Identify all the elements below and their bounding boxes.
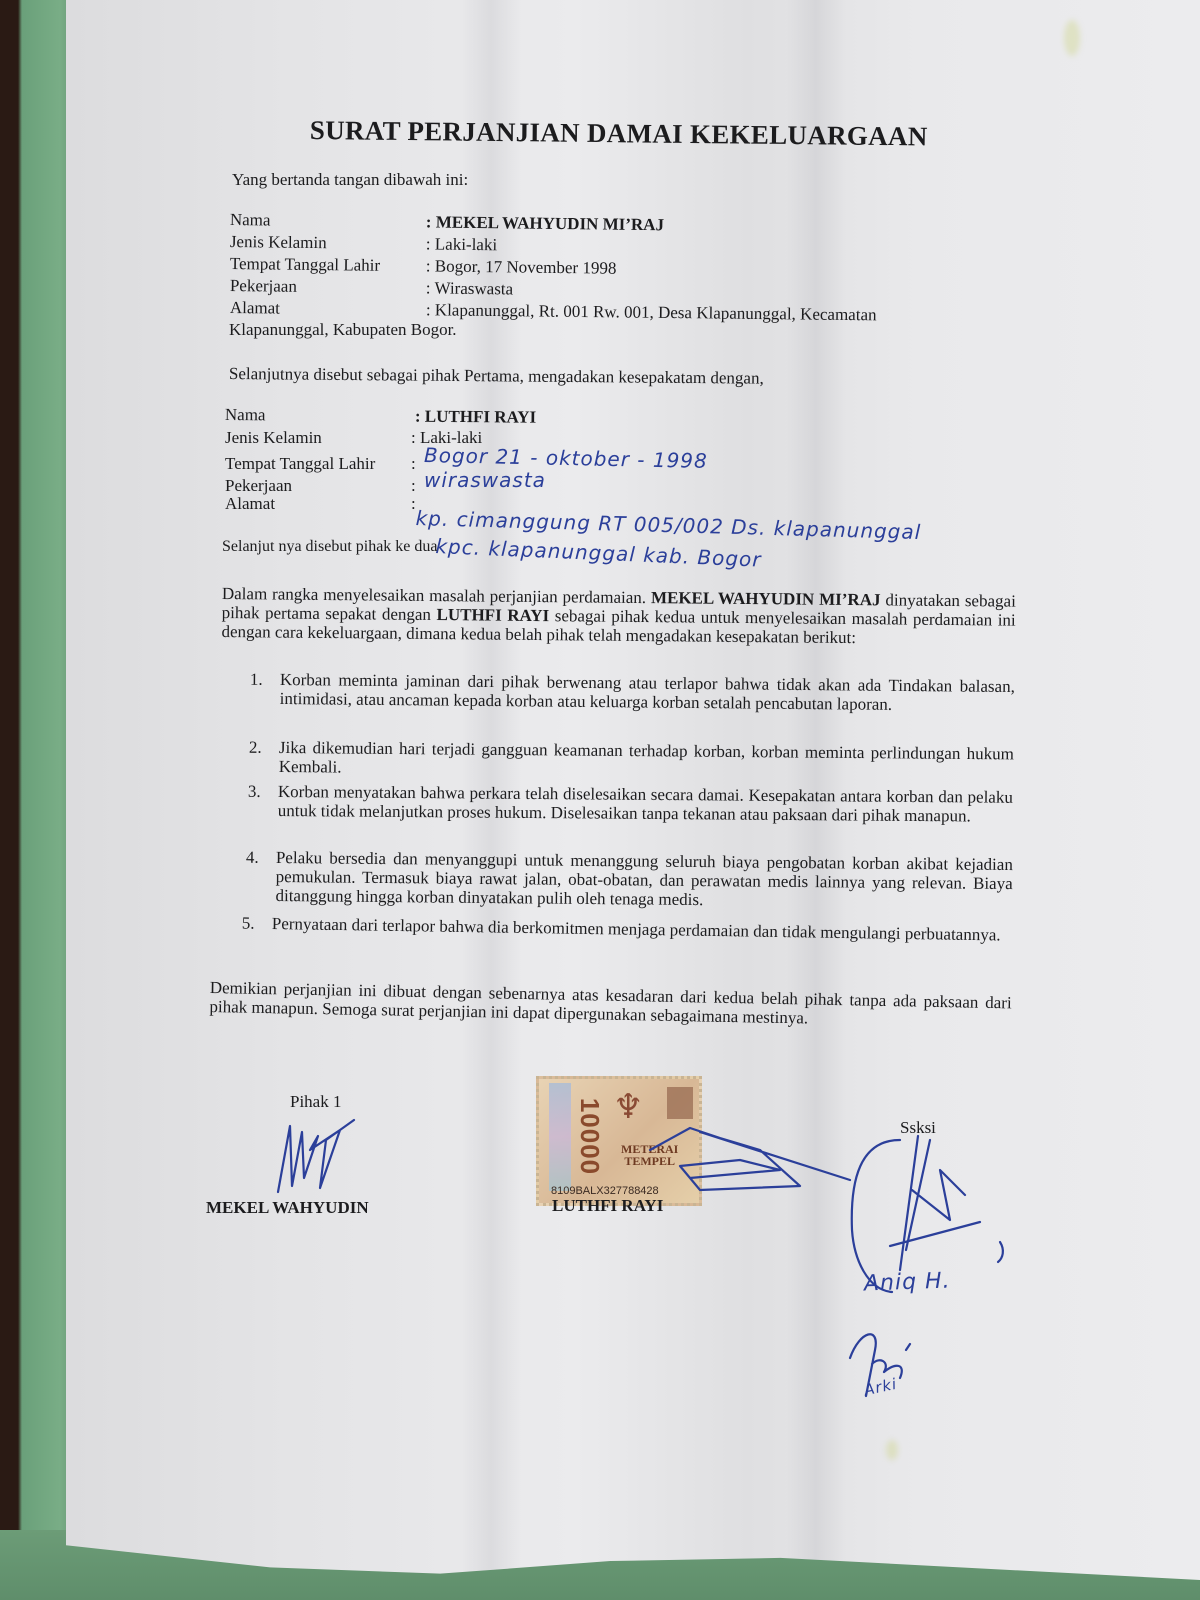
agreement-intro-paragraph: Dalam rangka menyelesaikan masalah perja… — [221, 584, 1016, 649]
field-value: : Bogor, 17 November 1998 — [426, 256, 617, 277]
intro-text: Yang bertanda tangan dibawah ini: — [232, 170, 468, 190]
document-title: SURAT PERJANJIAN DAMAI KEKELUARGAAN — [310, 115, 928, 152]
stamp-pattern — [667, 1087, 693, 1119]
agreement-item: 1.Korban meminta jaminan dari pihak berw… — [280, 670, 1015, 715]
party1-label: Pihak 1 — [290, 1092, 341, 1112]
item-text: Korban menyatakan bahwa perkara telah di… — [278, 782, 1013, 825]
stamp-title-line: TEMPEL — [621, 1155, 678, 1167]
agreement-item: 4.Pelaku bersedia dan menyanggupi untuk … — [275, 848, 1013, 912]
garuda-emblem-icon: ♆ — [613, 1087, 643, 1127]
field-row: Nama: LUTHFI RAYI — [225, 405, 536, 428]
field-label: Alamat — [225, 494, 411, 514]
agreement-item: 3.Korban menyatakan bahwa perkara telah … — [278, 782, 1013, 826]
witness1-signature — [852, 1136, 980, 1292]
party1-signature — [278, 1120, 354, 1192]
item-number: 4. — [246, 848, 259, 867]
field-label: Tempat Tanggal Lahir — [225, 454, 411, 474]
field-label: Nama — [230, 210, 426, 232]
handwritten-address-continued: kpc. klapanunggal kab. Bogor — [435, 534, 762, 572]
item-number: 2. — [249, 738, 262, 757]
field-row: Tempat Tanggal Lahir: Bogor, 17 November… — [230, 254, 617, 279]
field-value: : LUTHFI RAYI — [415, 407, 536, 427]
address-continued: Klapanunggal, Kabupaten Bogor. — [229, 320, 457, 340]
second-party-name: LUTHFI RAYI — [436, 605, 549, 625]
agreement-item: 5.Pernyataan dari terlapor bahwa dia ber… — [272, 914, 1012, 945]
party2-name: LUTHFI RAYI — [552, 1196, 663, 1216]
stamp-title: METERAI TEMPEL — [621, 1143, 678, 1167]
first-party-closing: Selanjutnya disebut sebagai pihak Pertam… — [229, 364, 764, 389]
closing-paragraph: Demikian perjanjian ini dibuat dengan se… — [209, 978, 1012, 1031]
field-label: Pekerjaan — [230, 276, 426, 298]
witness-label: Ssksi — [900, 1118, 936, 1138]
field-value: : — [411, 454, 416, 473]
witness-bracket — [998, 1242, 1003, 1262]
field-row: Pekerjaan: wiraswasta — [225, 472, 542, 496]
field-row: Alamat: — [225, 494, 416, 514]
field-label: Pekerjaan — [225, 476, 411, 496]
field-value: : — [411, 476, 416, 495]
field-value: : Laki-laki — [426, 234, 498, 254]
handwritten-occupation: wiraswasta — [424, 468, 546, 492]
document-content: SURAT PERJANJIAN DAMAI KEKELUARGAAN Yang… — [0, 0, 1200, 1600]
field-row: Nama: MEKEL WAHYUDIN MI’RAJ — [230, 210, 664, 235]
stamp-value: 10000 — [574, 1098, 605, 1175]
witness2-name-handwritten: Arki — [862, 1375, 898, 1400]
field-label: Alamat — [230, 298, 426, 320]
item-number: 5. — [242, 914, 255, 933]
meterai-stamp: 10000 ♆ METERAI TEMPEL 8109BALX327788428 — [536, 1076, 702, 1206]
field-label: Jenis Kelamin — [225, 428, 411, 448]
witness1-name-handwritten: Aniq H. — [864, 1268, 951, 1296]
field-value: : Klapanunggal, Rt. 001 Rw. 001, Desa Kl… — [426, 300, 877, 324]
field-row: Jenis Kelamin: Laki-laki — [230, 232, 498, 255]
field-value: : Wiraswasta — [426, 278, 514, 298]
second-party-closing: Selanjut nya disebut pihak ke dua — [222, 538, 438, 556]
item-text: Jika dikemudian hari terjadi gangguan ke… — [279, 738, 1014, 777]
field-label: Jenis Kelamin — [230, 232, 426, 254]
field-row: Pekerjaan: Wiraswasta — [230, 276, 514, 299]
stamp-security-strip — [549, 1083, 571, 1191]
item-number: 3. — [248, 782, 261, 801]
item-text: Pernyataan dari terlapor bahwa dia berko… — [272, 914, 1001, 944]
party1-name: MEKEL WAHYUDIN — [206, 1198, 369, 1218]
first-party-name: MEKEL WAHYUDIN MI’RAJ — [651, 588, 881, 609]
field-label: Nama — [225, 405, 415, 427]
item-number: 1. — [250, 670, 263, 689]
item-text: Korban meminta jaminan dari pihak berwen… — [280, 670, 1015, 714]
item-text: Pelaku bersedia dan menyanggupi untuk me… — [275, 848, 1013, 909]
field-label: Tempat Tanggal Lahir — [230, 254, 426, 276]
field-value: : MEKEL WAHYUDIN MI’RAJ — [426, 212, 664, 234]
agreement-item: 2.Jika dikemudian hari terjadi gangguan … — [279, 738, 1014, 782]
